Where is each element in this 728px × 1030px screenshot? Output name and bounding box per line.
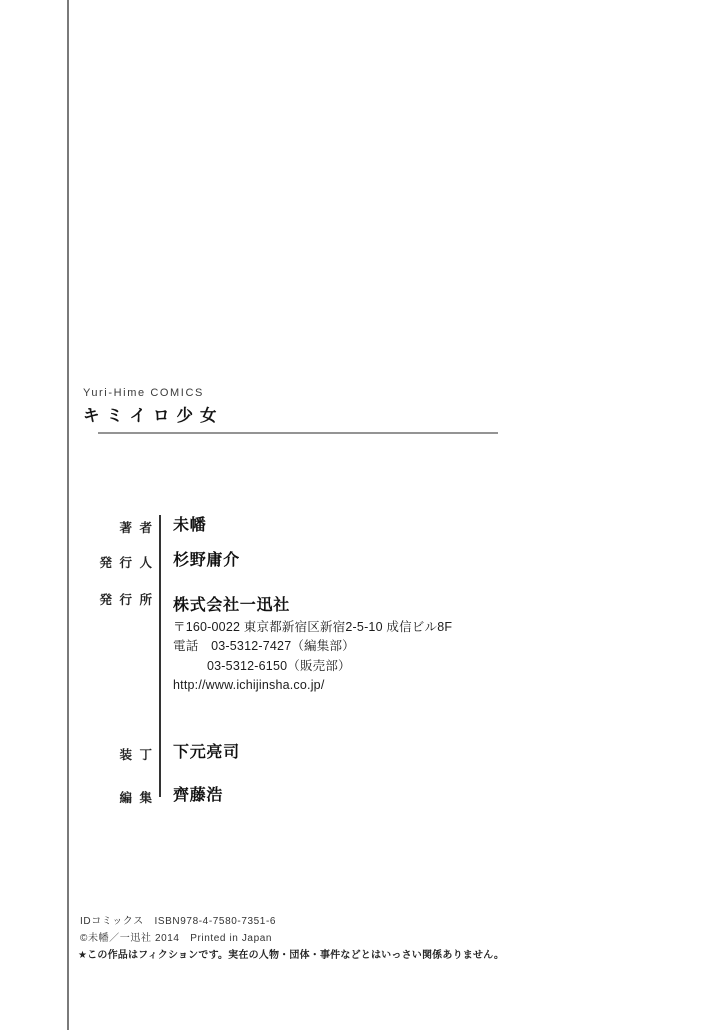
publisher-address: 〒160-0022 東京都新宿区新宿2-5-10 成信ビル8F bbox=[173, 621, 452, 634]
fiction-disclaimer: ★この作品はフィクションです。実在の人物・団体・事件などとはいっさい関係ありませ… bbox=[78, 951, 504, 961]
book-title: キミイロ少女 bbox=[83, 408, 224, 425]
value-author: 未幡 bbox=[173, 518, 206, 534]
imprint-isbn-line: IDコミックス ISBN978-4-7580-7351-6 bbox=[80, 917, 276, 927]
publisher-phone-sales: 03-5312-6150（販売部） bbox=[207, 660, 351, 673]
publisher-url: http://www.ichijinsha.co.jp/ bbox=[173, 679, 325, 692]
value-publishing-house: 株式会社一迅社 bbox=[173, 598, 290, 614]
label-editor: 編 集 bbox=[58, 792, 154, 805]
copyright-line: ©未幡／一迅社 2014 Printed in Japan bbox=[80, 934, 272, 944]
label-author: 著 者 bbox=[58, 522, 154, 535]
value-book-design: 下元亮司 bbox=[173, 745, 240, 761]
publisher-phone-editorial: 電話 03-5312-7427（編集部） bbox=[173, 640, 355, 653]
value-editor: 齊藤浩 bbox=[173, 788, 223, 804]
label-publisher-person: 発 行 人 bbox=[58, 557, 154, 570]
label-publishing-house: 発 行 所 bbox=[58, 594, 154, 607]
page-edge-line bbox=[67, 0, 69, 1030]
label-book-design: 装 丁 bbox=[58, 749, 154, 762]
value-publisher-person: 杉野庸介 bbox=[173, 553, 240, 569]
series-name: Yuri-Hime COMICS bbox=[83, 388, 204, 399]
colophon-page: Yuri-Hime COMICS キミイロ少女 著 者 未幡 発 行 人 杉野庸… bbox=[0, 0, 728, 1030]
title-underline bbox=[98, 432, 498, 434]
colophon-divider-line bbox=[159, 515, 161, 797]
